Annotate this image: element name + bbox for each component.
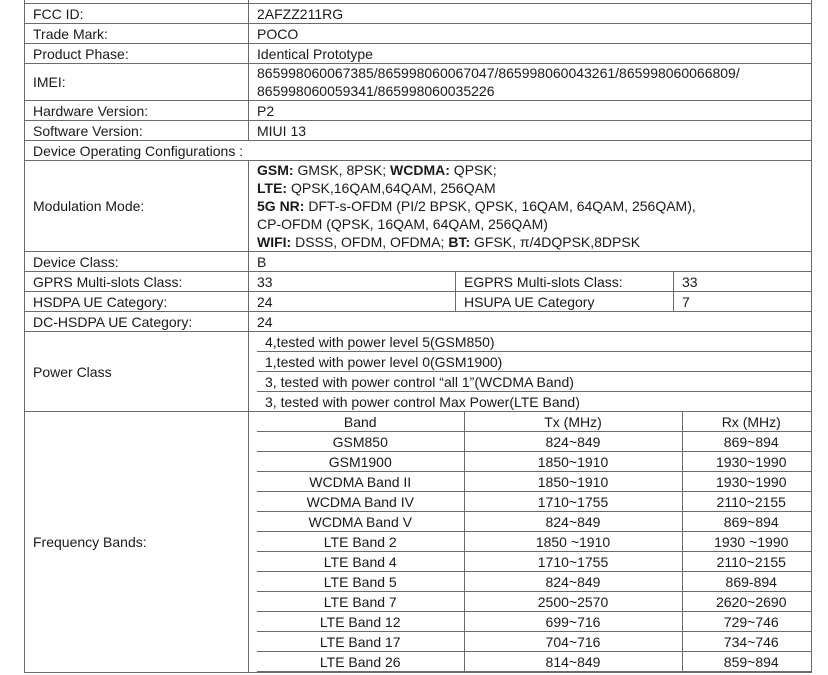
modulation-text: QPSK; [450,162,497,178]
label-frequency-bands: Frequency Bands: [25,412,249,673]
label-hsupa-category: HSUPA UE Category [456,292,674,312]
row-frequency-bands: Frequency Bands: Band Tx (MHz) Rx (MHz) … [25,412,812,673]
power-class-item: 3, tested with power control “all 1”(WCD… [257,372,811,392]
value-device-class: B [249,252,812,272]
cell-tx: 1850~1910 [464,452,682,472]
cell-rx: 869~894 [682,512,812,532]
modulation-text: GFSK, π/4DQPSK,8DPSK [470,234,640,250]
modulation-line-5g-nr: 5G NR: DFT-s-OFDM (PI/2 BPSK, QPSK, 16QA… [257,197,811,215]
cell-tx: 2500~2570 [464,592,682,612]
list-item: 1,tested with power level 0(GSM1900) [257,352,811,372]
cell-rx: 2620~2690 [682,592,812,612]
table-row: LTE Band 26814~849859~894 [257,652,812,672]
cell-band: LTE Band 2 [257,532,464,552]
label-hsdpa-category: HSDPA UE Category: [25,292,249,312]
value-frequency-bands: Band Tx (MHz) Rx (MHz) GSM850824~849869~… [249,412,812,673]
table-row: LTE Band 72500~25702620~2690 [257,592,812,612]
header-band: Band [257,412,464,432]
frequency-bands-table: Band Tx (MHz) Rx (MHz) GSM850824~849869~… [257,412,812,672]
header-tx: Tx (MHz) [464,412,682,432]
table-row: GSM850824~849869~894 [257,432,812,452]
modulation-line-gsm-wcdma: GSM: GMSK, 8PSK; WCDMA: QPSK; [257,161,811,179]
modulation-text: DSSS, OFDM, OFDMA; [291,234,448,250]
row-gprs-multislot: GPRS Multi-slots Class: 33 EGPRS Multi-s… [25,272,812,292]
value-software-version: MIUI 13 [249,121,812,141]
modulation-line-wifi-bt: WIFI: DSSS, OFDM, OFDMA; BT: GFSK, π/4DQ… [257,233,811,251]
table-row: WCDMA Band V824~849869~894 [257,512,812,532]
cell-tx: 824~849 [464,572,682,592]
value-gprs-multislot: 33 [249,272,456,292]
list-item: 3, tested with power control Max Power(L… [257,392,811,412]
cell-rx: 734~746 [682,632,812,652]
cell-rx: 1930~1990 [682,472,812,492]
label-imei: IMEI: [25,64,249,101]
cell-rx: 869~894 [682,432,812,452]
power-class-item: 3, tested with power control Max Power(L… [257,392,811,412]
modulation-text: QPSK,16QAM,64QAM, 256QAM [287,180,496,196]
label-egprs-multislot: EGPRS Multi-slots Class: [456,272,674,292]
value-hsdpa-category: 24 [249,292,456,312]
modulation-text: CP-OFDM (QPSK, 16QAM, 64QAM, 256QAM) [257,216,548,232]
power-class-item: 1,tested with power level 0(GSM1900) [257,352,811,372]
row-power-class: Power Class 4,tested with power level 5(… [25,332,812,412]
value-dc-hsdpa-category: 24 [249,312,812,332]
cell-rx: 2110~2155 [682,552,812,572]
value-power-class: 4,tested with power level 5(GSM850) 1,te… [249,332,812,412]
cell-band: LTE Band 4 [257,552,464,572]
cell-tx: 814~849 [464,652,682,672]
cell-band: LTE Band 12 [257,612,464,632]
value-egprs-multislot: 33 [674,272,812,292]
table-row: LTE Band 41710~17552110~2155 [257,552,812,572]
table-row: WCDMA Band IV1710~17552110~2155 [257,492,812,512]
cell-band: LTE Band 17 [257,632,464,652]
row-software-version: Software Version: MIUI 13 [25,121,812,141]
cell-band: WCDMA Band IV [257,492,464,512]
cell-rx: 869-894 [682,572,812,592]
row-dc-hsdpa-category: DC-HSDPA UE Category: 24 [25,312,812,332]
value-fcc-id: 2AFZZ211RG [249,4,812,24]
table-row: LTE Band 21850 ~19101930 ~1990 [257,532,812,552]
modulation-tech-label: WIFI: [257,234,291,250]
cell-tx: 699~716 [464,612,682,632]
table-row: LTE Band 17704~716734~746 [257,632,812,652]
modulation-line-lte: LTE: QPSK,16QAM,64QAM, 256QAM [257,179,811,197]
modulation-tech-label: LTE: [257,180,287,196]
row-imei: IMEI: 865998060067385/865998060067047/86… [25,64,812,101]
imei-line: 865998060059341/865998060035226 [257,82,811,100]
label-product-phase: Product Phase: [25,44,249,64]
cell-rx: 729~746 [682,612,812,632]
row-trade-mark: Trade Mark: POCO [25,24,812,44]
modulation-tech-label: 5G NR: [257,198,304,214]
value-product-phase: Identical Prototype [249,44,812,64]
cell-tx: 824~849 [464,512,682,532]
label-fcc-id: FCC ID: [25,4,249,24]
row-product-phase: Product Phase: Identical Prototype [25,44,812,64]
row-fcc-id: FCC ID: 2AFZZ211RG [25,4,812,24]
row-modulation-mode: Modulation Mode: GSM: GMSK, 8PSK; WCDMA:… [25,161,812,252]
list-item: 3, tested with power control “all 1”(WCD… [257,372,811,392]
device-spec-table: FCC ID: 2AFZZ211RG Trade Mark: POCO Prod… [24,0,812,673]
cell-tx: 1710~1755 [464,492,682,512]
cell-tx: 1850~1910 [464,472,682,492]
cell-band: LTE Band 5 [257,572,464,592]
label-dc-hsdpa-category: DC-HSDPA UE Category: [25,312,249,332]
cell-band: WCDMA Band II [257,472,464,492]
label-trade-mark: Trade Mark: [25,24,249,44]
cell-band: LTE Band 26 [257,652,464,672]
cell-band: LTE Band 7 [257,592,464,612]
list-item: 4,tested with power level 5(GSM850) [257,332,811,352]
modulation-tech-label: GSM: [257,162,294,178]
row-hsdpa-category: HSDPA UE Category: 24 HSUPA UE Category … [25,292,812,312]
cell-tx: 824~849 [464,432,682,452]
label-gprs-multislot: GPRS Multi-slots Class: [25,272,249,292]
modulation-line-cp-ofdm: CP-OFDM (QPSK, 16QAM, 64QAM, 256QAM) [257,215,811,233]
header-rx: Rx (MHz) [682,412,812,432]
table-row: GSM19001850~19101930~1990 [257,452,812,472]
modulation-text: DFT-s-OFDM (PI/2 BPSK, QPSK, 16QAM, 64QA… [304,198,695,214]
cell-tx: 704~716 [464,632,682,652]
modulation-text: GMSK, 8PSK; [294,162,390,178]
modulation-tech-label: BT: [448,234,470,250]
modulation-tech-label: WCDMA: [390,162,450,178]
value-hardware-version: P2 [249,101,812,121]
cell-band: WCDMA Band V [257,512,464,532]
power-class-item: 4,tested with power level 5(GSM850) [257,332,811,352]
value-hsupa-category: 7 [674,292,812,312]
label-device-class: Device Class: [25,252,249,272]
value-imei: 865998060067385/865998060067047/86599806… [249,64,812,101]
label-modulation-mode: Modulation Mode: [25,161,249,252]
power-class-list: 4,tested with power level 5(GSM850) 1,te… [257,332,811,411]
imei-line: 865998060067385/865998060067047/86599806… [257,64,811,82]
label-power-class: Power Class [25,332,249,412]
cell-band: GSM850 [257,432,464,452]
cell-tx: 1710~1755 [464,552,682,572]
row-hardware-version: Hardware Version: P2 [25,101,812,121]
label-software-version: Software Version: [25,121,249,141]
cell-band: GSM1900 [257,452,464,472]
row-device-operating-configurations: Device Operating Configurations : [25,141,812,161]
table-row: LTE Band 12699~716729~746 [257,612,812,632]
label-hardware-version: Hardware Version: [25,101,249,121]
frequency-header-row: Band Tx (MHz) Rx (MHz) [257,412,812,432]
cell-rx: 859~894 [682,652,812,672]
value-modulation-mode: GSM: GMSK, 8PSK; WCDMA: QPSK; LTE: QPSK,… [249,161,812,252]
value-trade-mark: POCO [249,24,812,44]
cell-rx: 1930 ~1990 [682,532,812,552]
frequency-rows: GSM850824~849869~894GSM19001850~19101930… [257,432,812,672]
row-device-class: Device Class: B [25,252,812,272]
spec-document: FCC ID: 2AFZZ211RG Trade Mark: POCO Prod… [24,0,811,673]
cell-rx: 1930~1990 [682,452,812,472]
cell-rx: 2110~2155 [682,492,812,512]
table-row: WCDMA Band II1850~19101930~1990 [257,472,812,492]
cell-tx: 1850 ~1910 [464,532,682,552]
section-heading-device-operating-configurations: Device Operating Configurations : [25,141,812,161]
table-row: LTE Band 5824~849869-894 [257,572,812,592]
